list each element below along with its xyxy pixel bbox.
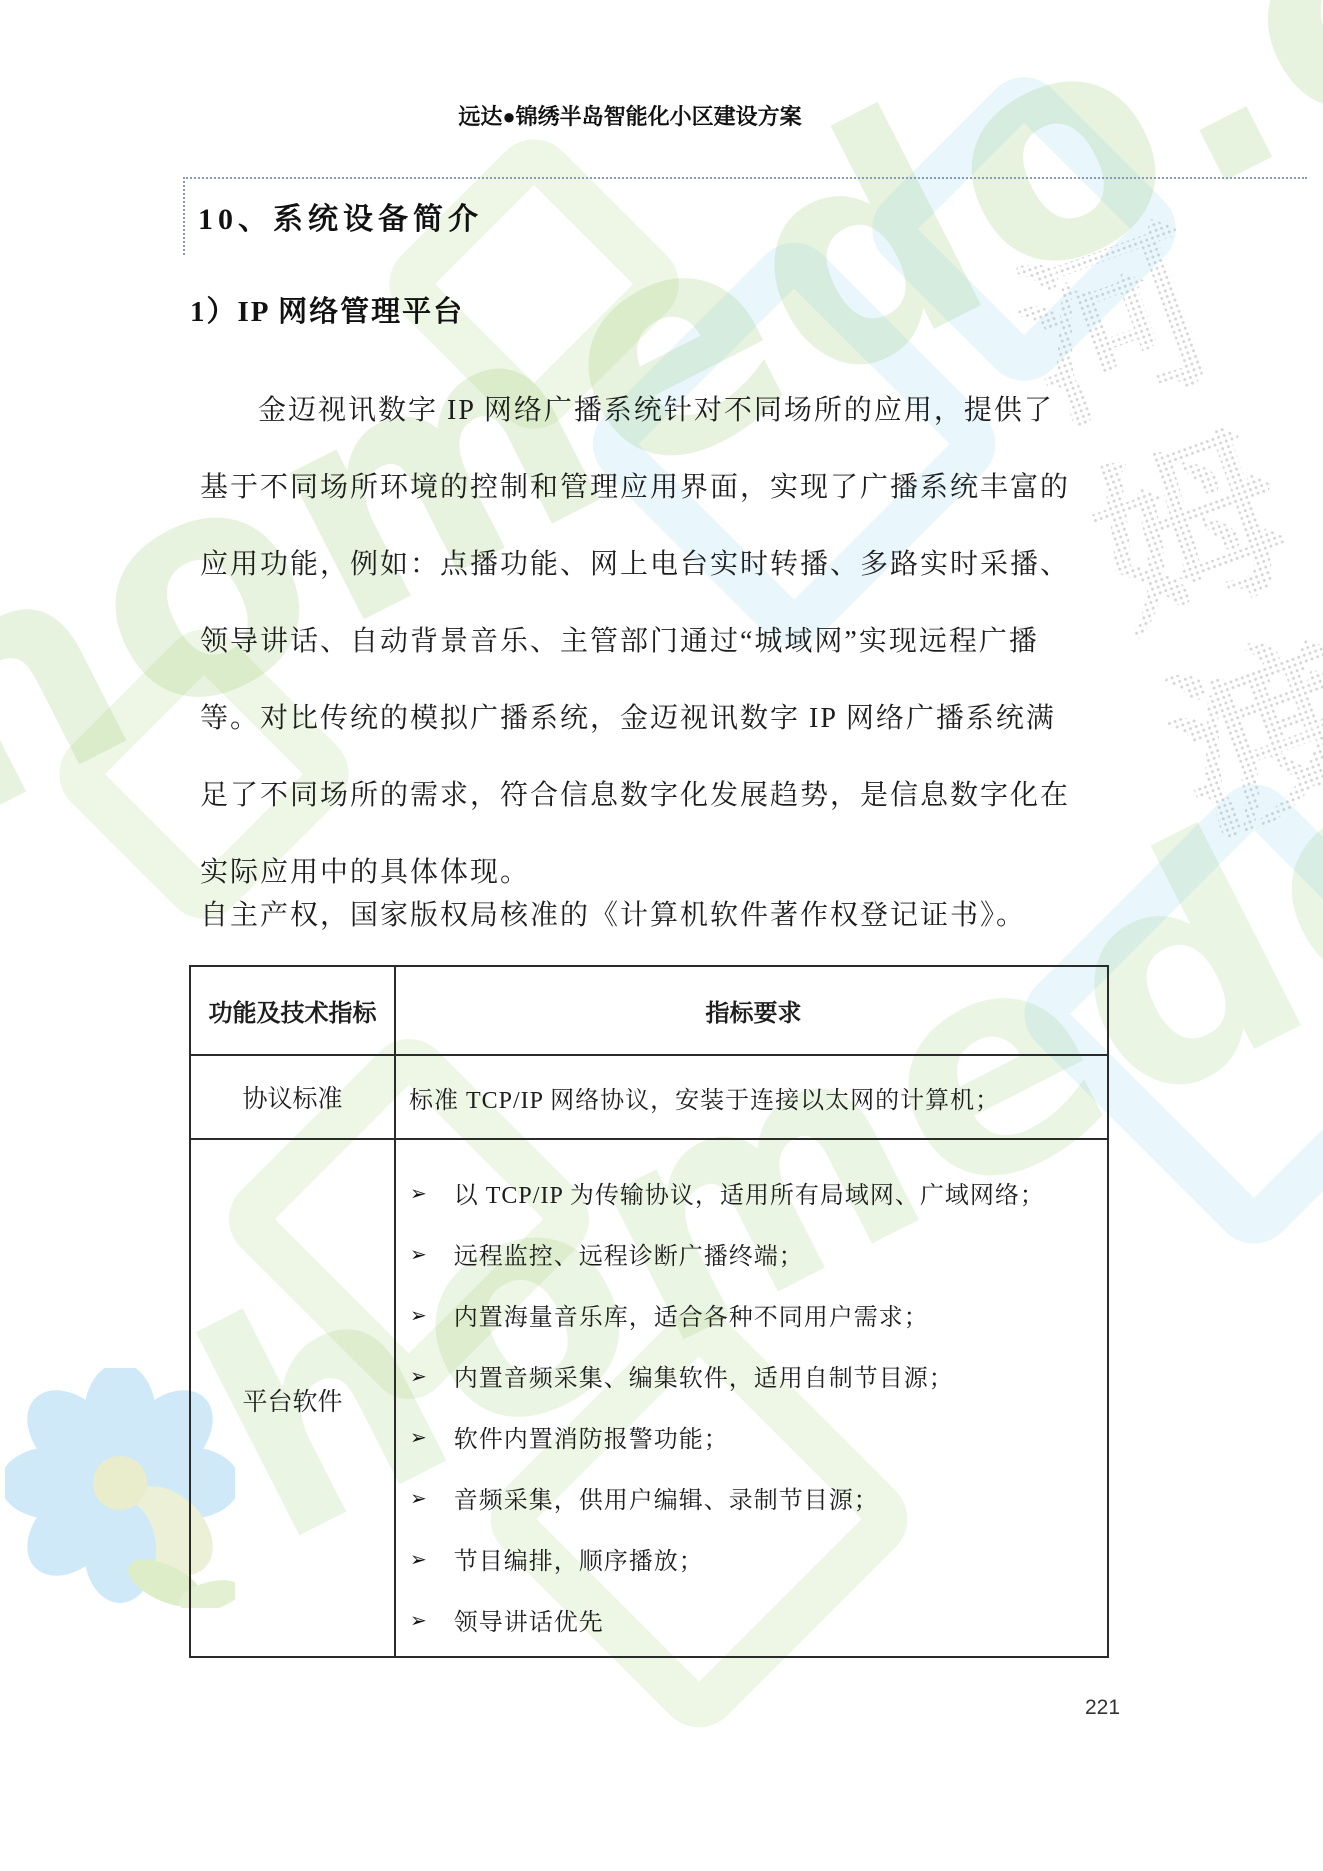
paragraph-line: 应用功能，例如：点播功能、网上电台实时转播、多路实时采播、 [200, 526, 1068, 603]
paragraph-line: 金迈视讯数字 IP 网络广播系统针对不同场所的应用，提供了 [200, 372, 1068, 449]
spec-bullet-item: ➢ 节目编排，顺序播放； [396, 1528, 1111, 1589]
spec-bullet-item: ➢ 软件内置消防报警功能； [396, 1406, 1111, 1467]
table-header-function: 功能及技术指标 [191, 967, 394, 1054]
arrow-bullet-icon: ➢ [410, 1181, 428, 1205]
spec-bullet-item: ➢ 音频采集，供用户编辑、录制节目源； [396, 1467, 1111, 1528]
spec-bullet-text: 音频采集，供用户编辑、录制节目源； [454, 1480, 879, 1515]
spec-bullet-text: 内置音频采集、编集软件，适用自制节目源； [454, 1358, 954, 1393]
spec-bullet-text: 以 TCP/IP 为传输协议，适用所有局域网、广域网络； [454, 1175, 1045, 1210]
paragraph-line: 等。对比传统的模拟广播系统，金迈视讯数字 IP 网络广播系统满 [200, 680, 1068, 757]
table-cell-protocol-label: 协议标准 [191, 1056, 394, 1138]
spec-bullet-text: 领导讲话优先 [454, 1602, 604, 1637]
paragraph-1: 金迈视讯数字 IP 网络广播系统针对不同场所的应用，提供了 基于不同场所环境的控… [200, 372, 1068, 911]
spec-bullet-item: ➢ 内置海量音乐库，适合各种不同用户需求； [396, 1284, 1111, 1345]
spec-bullet-item: ➢ 远程监控、远程诊断广播终端； [396, 1223, 1111, 1284]
arrow-bullet-icon: ➢ [410, 1364, 428, 1388]
spec-bullet-text: 远程监控、远程诊断广播终端； [454, 1236, 804, 1271]
spec-bullet-item: ➢ 内置音频采集、编集软件，适用自制节目源； [396, 1345, 1111, 1406]
table-cell-platform-label: 平台软件 [191, 1140, 394, 1660]
arrow-bullet-icon: ➢ [410, 1547, 428, 1571]
paragraph-line: 足了不同场所的需求，符合信息数字化发展趋势，是信息数字化在 [200, 757, 1068, 834]
arrow-bullet-icon: ➢ [410, 1242, 428, 1266]
paragraph-line: 领导讲话、自动背景音乐、主管部门通过“城域网”实现远程广播 [200, 603, 1068, 680]
table-cell-platform-bullets: ➢ 以 TCP/IP 为传输协议，适用所有局域网、广域网络； ➢ 远程监控、远程… [396, 1140, 1111, 1660]
arrow-bullet-icon: ➢ [410, 1303, 428, 1327]
document-page: homedo.com homedo.com 河姆渡 远达●锦绣半岛智能化小区建设… [0, 0, 1323, 1871]
paragraph-line: 基于不同场所环境的控制和管理应用界面，实现了广播系统丰富的 [200, 449, 1068, 526]
table-header-requirement: 指标要求 [396, 967, 1111, 1054]
arrow-bullet-icon: ➢ [410, 1425, 428, 1449]
arrow-bullet-icon: ➢ [410, 1608, 428, 1632]
section-heading-frame: 10、系统设备简介 [183, 177, 1307, 255]
section-heading: 10、系统设备简介 [198, 194, 483, 238]
spec-table: 功能及技术指标 指标要求 协议标准 标准 TCP/IP 网络协议，安装于连接以太… [189, 965, 1109, 1658]
spec-bullet-text: 内置海量音乐库，适合各种不同用户需求； [454, 1297, 929, 1332]
paragraph-2: 自主产权，国家版权局核准的《计算机软件著作权登记证书》。 [200, 893, 1068, 933]
subsection-heading: 1）IP 网络管理平台 [190, 289, 464, 330]
spec-bullet-text: 节目编排，顺序播放； [454, 1541, 704, 1576]
spec-bullet-text: 软件内置消防报警功能； [454, 1419, 729, 1454]
arrow-bullet-icon: ➢ [410, 1486, 428, 1510]
table-cell-protocol-value: 标准 TCP/IP 网络协议，安装于连接以太网的计算机； [396, 1056, 1111, 1138]
header-title: 远达●锦绣半岛智能化小区建设方案 [0, 100, 1260, 131]
spec-bullet-item: ➢ 领导讲话优先 [396, 1589, 1111, 1650]
page-number: 221 [1085, 1696, 1120, 1720]
spec-bullet-item: ➢ 以 TCP/IP 为传输协议，适用所有局域网、广域网络； [396, 1162, 1111, 1223]
